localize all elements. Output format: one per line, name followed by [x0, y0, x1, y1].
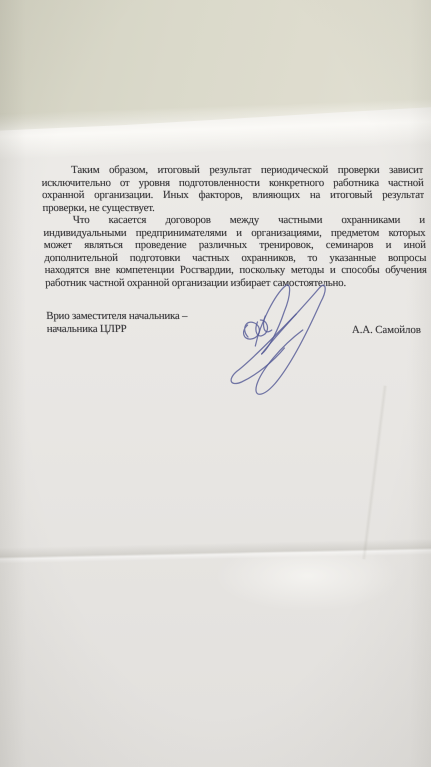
text-line: Таким образом, итоговый результат период…	[41, 164, 423, 177]
text-line: охранной организации. Иных факторов, вли…	[42, 189, 424, 202]
text-line: Что касается договоров между частными ох…	[43, 214, 425, 227]
text-line: проверки, не существует.	[42, 202, 424, 215]
text-line: может являться проведение различных трен…	[44, 239, 426, 252]
handwritten-signature	[207, 274, 347, 406]
letter-text-block: Таким образом, итоговый результат период…	[0, 0, 431, 767]
letter-body: Таким образом, итоговый результат период…	[41, 164, 427, 289]
paragraph: Таким образом, итоговый результат период…	[41, 164, 425, 214]
document-photo: Таким образом, итоговый результат период…	[0, 0, 431, 767]
text-line: дополнительной подготовки частных охранн…	[44, 252, 426, 265]
text-line: индивидуальными предпринимателями и орга…	[43, 227, 425, 240]
text-line: исключительно от уровня подготовленности…	[41, 177, 423, 190]
signer-name: А.А. Самойлов	[352, 324, 421, 337]
